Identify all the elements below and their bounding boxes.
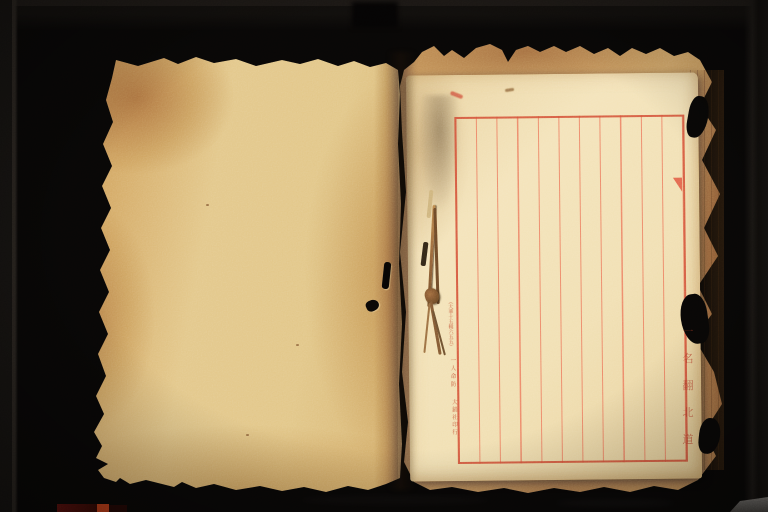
edge-imprint-char: 名	[683, 353, 694, 364]
photo-of-opened-notebook: （大華十五輯六五五） 一人命防 大銷社印行 一 名 翻 北 道	[0, 0, 768, 512]
corner-fold-mark	[673, 178, 682, 192]
red-ruled-writing-area	[454, 115, 688, 464]
brown-smudge	[505, 88, 514, 92]
edge-imprint-char: 一	[683, 326, 694, 337]
edge-imprint-char: 道	[683, 434, 694, 445]
paper-speck	[246, 434, 249, 436]
edge-imprint-char: 翻	[683, 380, 694, 391]
frame-right-edge	[744, 0, 768, 512]
bottom-left-dark-object	[109, 505, 127, 512]
binding-cord-tail	[429, 301, 441, 355]
binding-cord-dark-piece	[421, 242, 429, 266]
edge-imprint-char: 北	[683, 407, 694, 418]
binding-cord-tail	[423, 303, 430, 353]
left-blank-page	[86, 54, 404, 492]
surface-reflection	[555, 499, 675, 507]
surface-reflection	[300, 495, 490, 505]
paper-speck	[206, 204, 209, 206]
edge-imprint-characters: 一 名 翻 北 道	[680, 326, 696, 476]
frame-left-edge	[0, 0, 18, 512]
paper-speck	[296, 344, 299, 346]
bottom-left-red-object	[57, 504, 99, 512]
frame-top-notch	[352, 2, 398, 28]
paper-twist-binding	[412, 160, 458, 375]
stationery-imprint-lower-b: 大銷社印行	[450, 399, 456, 441]
bottom-left-orange-object	[97, 504, 109, 512]
